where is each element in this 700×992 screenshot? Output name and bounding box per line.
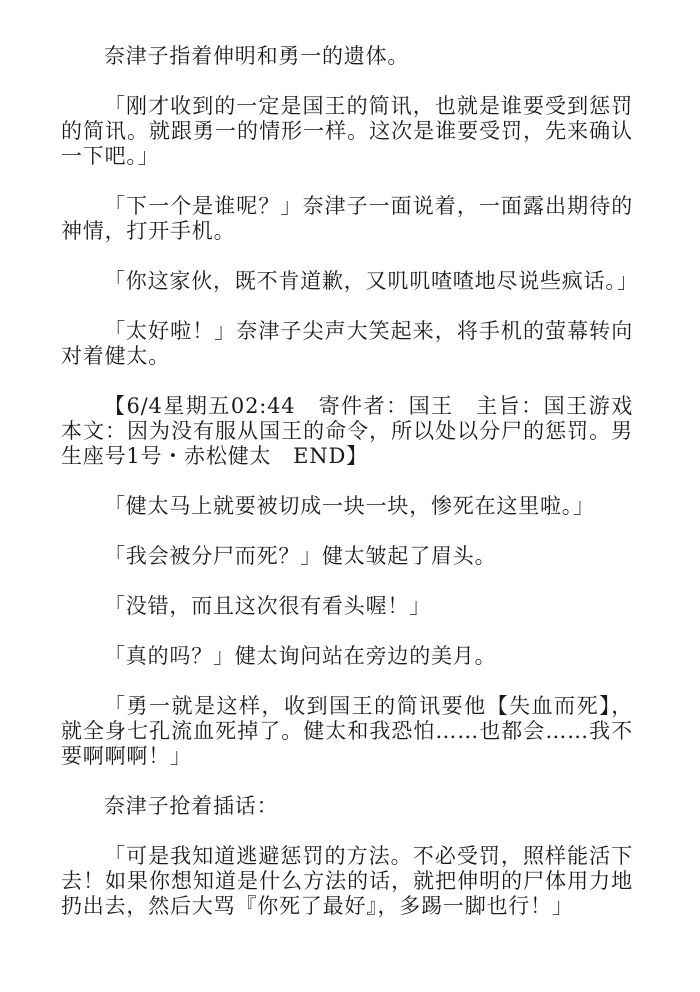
document-page: 奈津子指着伸明和勇一的遗体。 「刚才收到的一定是国王的简讯，也就是谁要受到惩罚的… [61, 44, 633, 944]
paragraph-dialogue: 「下一个是谁呢？」奈津子一面说着，一面露出期待的神情，打开手机。 [61, 194, 633, 244]
paragraph-dialogue: 「你这家伙，既不肯道歉，又叽叽喳喳地尽说些疯话。」 [61, 269, 633, 294]
paragraph-dialogue: 「太好啦！」奈津子尖声大笑起来，将手机的萤幕转向对着健太。 [61, 319, 633, 369]
paragraph-narration: 奈津子指着伸明和勇一的遗体。 [61, 44, 633, 69]
paragraph-dialogue: 「勇一就是这样，收到国王的简讯要他【失血而死】，就全身七孔流血死掉了。健太和我恐… [61, 694, 633, 769]
paragraph-dialogue: 「没错，而且这次很有看头喔！」 [61, 594, 633, 619]
paragraph-message: 【6/4星期五02:44 寄件者：国王 主旨：国王游戏 本文：因为没有服从国王的… [61, 394, 633, 469]
paragraph-dialogue: 「我会被分尸而死？」健太皱起了眉头。 [61, 544, 633, 569]
paragraph-dialogue: 「刚才收到的一定是国王的简讯，也就是谁要受到惩罚的简讯。就跟勇一的情形一样。这次… [61, 94, 633, 169]
paragraph-narration: 奈津子抢着插话： [61, 794, 633, 819]
paragraph-dialogue: 「真的吗？」健太询问站在旁边的美月。 [61, 644, 633, 669]
paragraph-dialogue: 「可是我知道逃避惩罚的方法。不必受罚，照样能活下去！如果你想知道是什么方法的话，… [61, 844, 633, 919]
paragraph-dialogue: 「健太马上就要被切成一块一块，惨死在这里啦。」 [61, 494, 633, 519]
